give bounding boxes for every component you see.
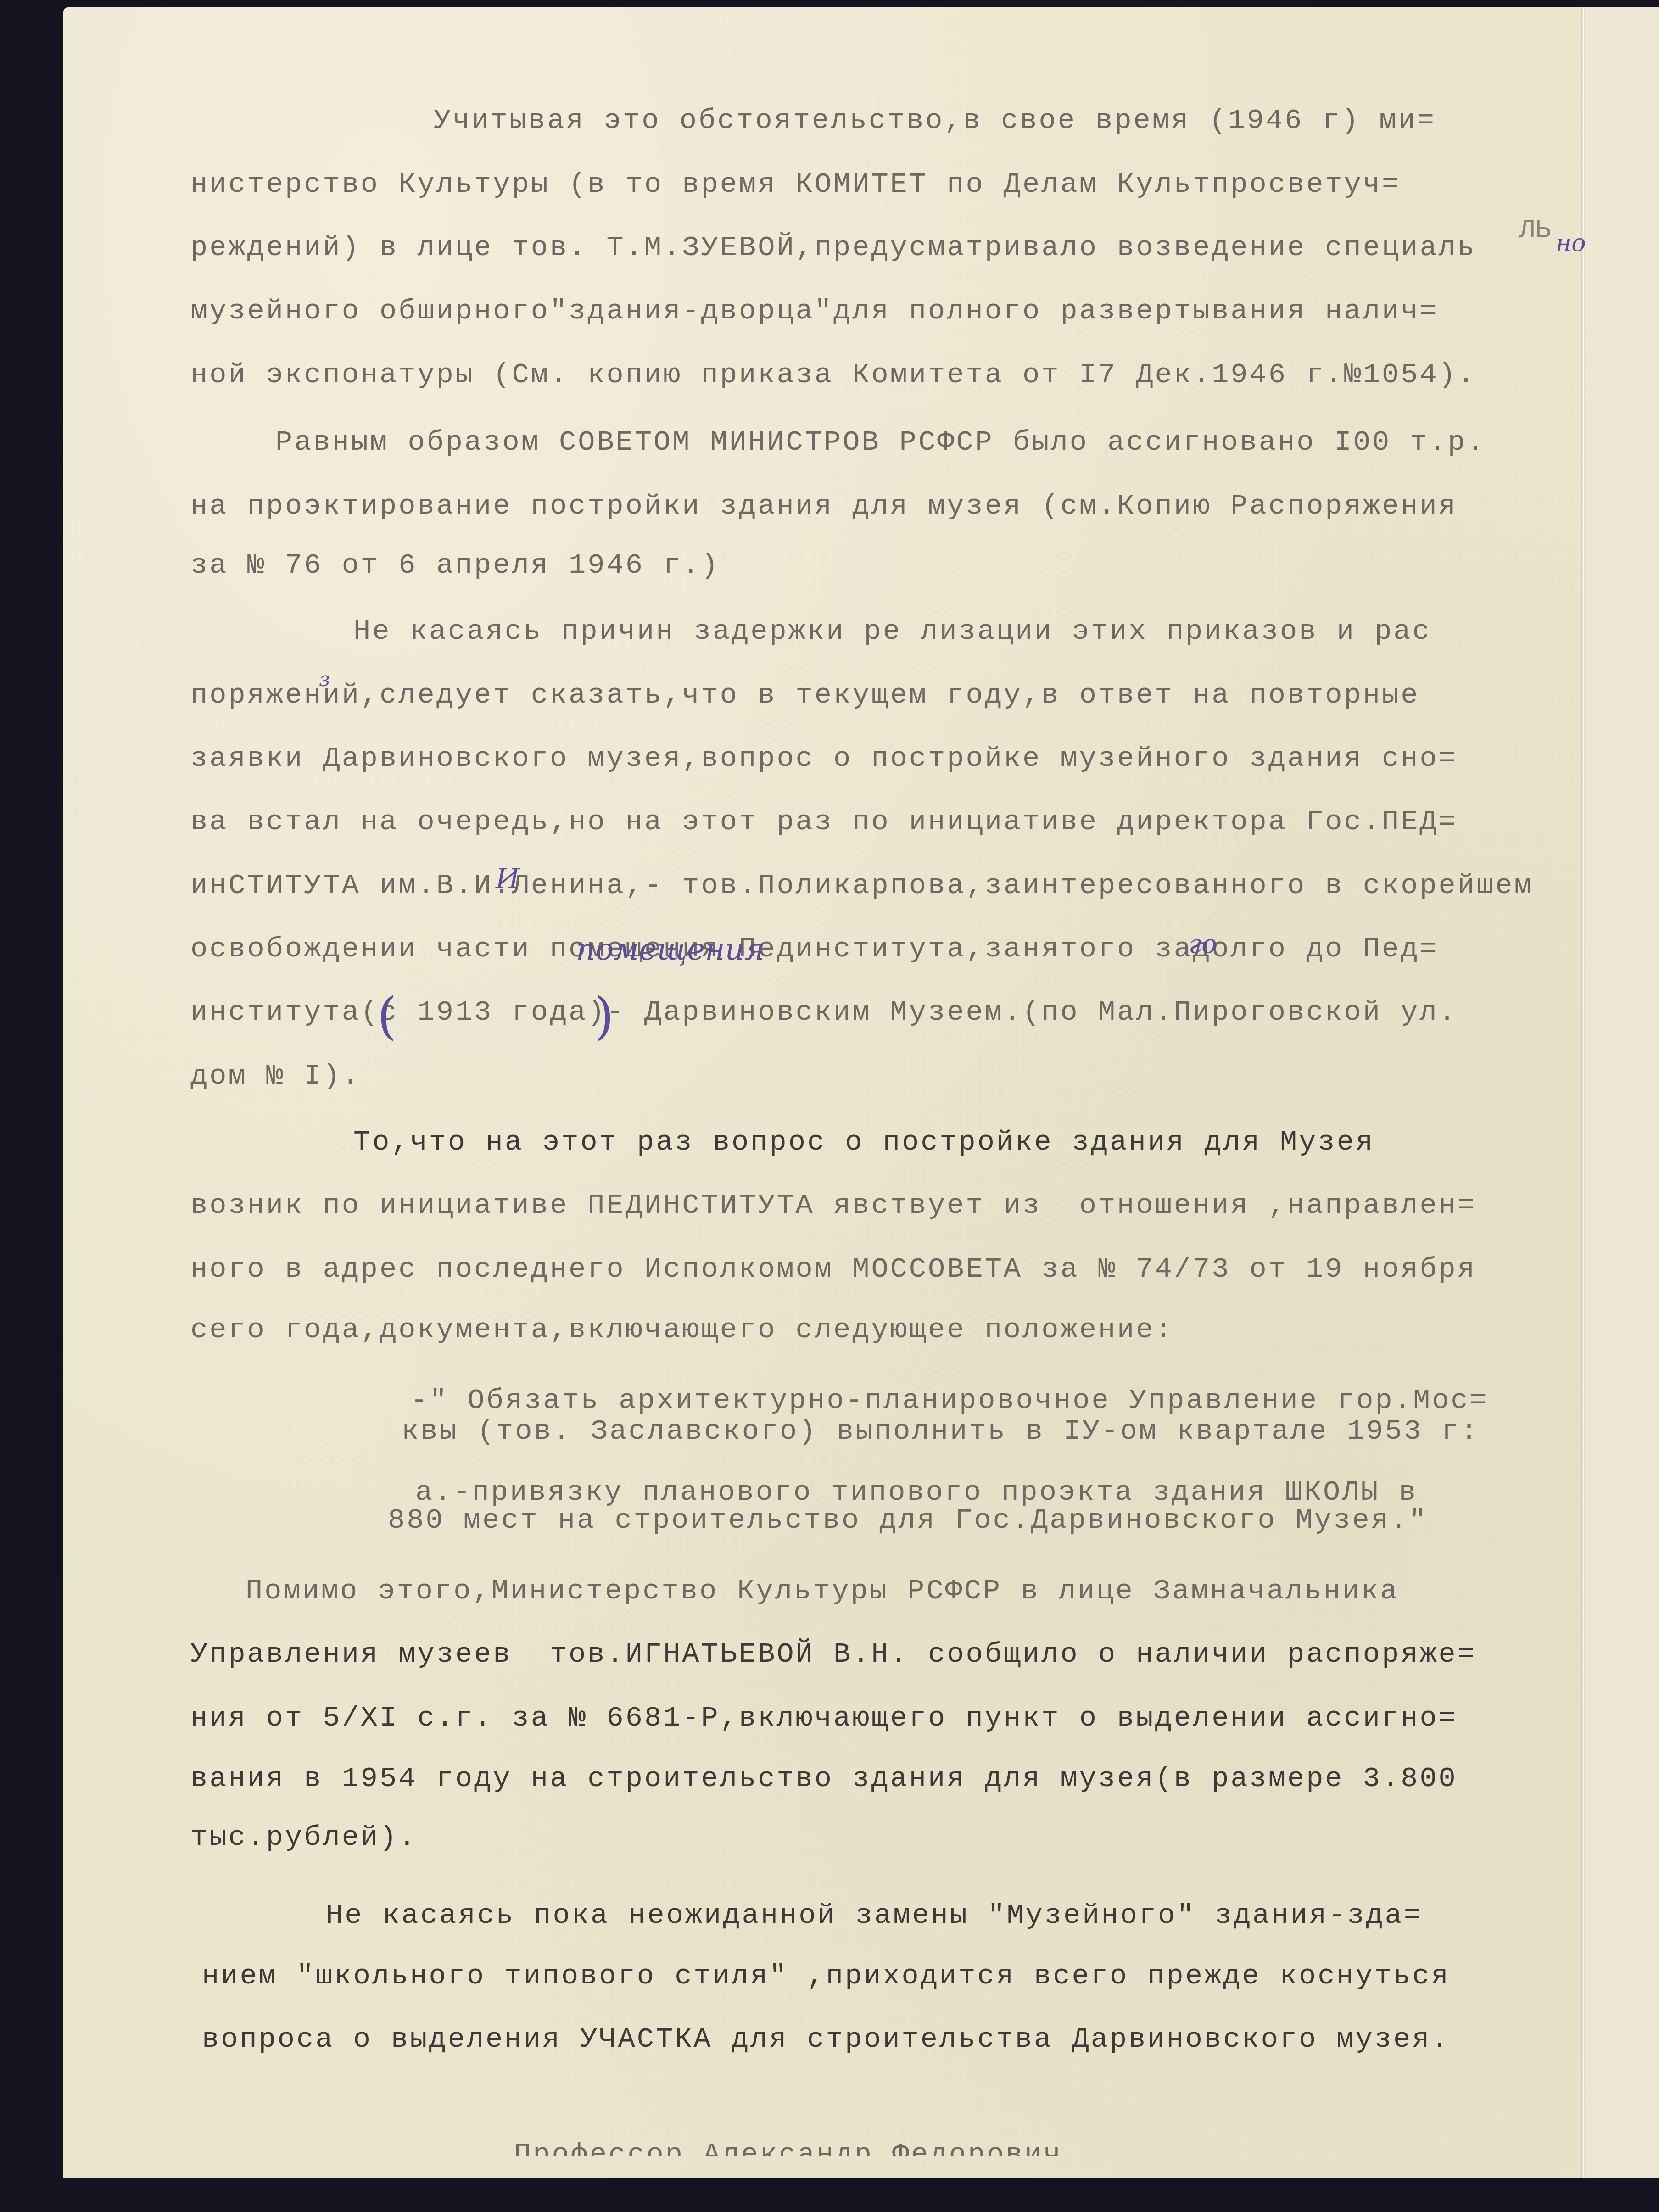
text-line: музейного обширного"здания-дворца"для по… xyxy=(190,295,1439,327)
quote-line: квы (тов. Заславского) выполнить в IУ-ом… xyxy=(402,1415,1480,1447)
text-line: дом № I). xyxy=(190,1060,361,1092)
text-line: поряжений,следует сказать,что в текущем … xyxy=(190,679,1419,711)
text-line: Не касаясь причин задержки ре лизации эт… xyxy=(353,615,1431,648)
text-line: вания в 1954 году на строительство здани… xyxy=(190,1763,1458,1795)
text-line: То,что на этот раз вопрос о постройке зд… xyxy=(353,1126,1374,1158)
text-line: Помимо этого,Министерство Культуры РСФСР… xyxy=(246,1575,1399,1607)
quote-line: 880 мест на строительство для Гос.Дарвин… xyxy=(388,1504,1428,1536)
handwritten-correction: но xyxy=(1556,229,1586,257)
text-line: освобождении части помещения Пединститут… xyxy=(190,933,1439,965)
handwritten-correction: И xyxy=(496,863,519,895)
text-line: инСТИТУТА им.В.И.Ленина,- тов.Поликарпов… xyxy=(190,870,1533,902)
text-line: возник по инициативе ПЕДИНСТИТУТА явству… xyxy=(190,1190,1476,1222)
page-fold-line xyxy=(1581,7,1585,2178)
text-line: на проэктирование постройки здания для м… xyxy=(190,490,1458,522)
handwritten-bracket: ( xyxy=(377,987,397,1045)
text-line: Не касаясь пока неожиданной замены "Музе… xyxy=(326,1899,1423,1932)
text-line: ного в адрес последнего Исполкомом МОССО… xyxy=(190,1253,1476,1285)
text-line: реждений) в лице тов. Т.М.ЗУЕВОЙ,предусм… xyxy=(190,232,1476,264)
margin-fragment: ЛЬ xyxy=(1519,216,1551,246)
adjacent-page-strip xyxy=(1585,7,1659,2178)
quote-line: -" Обязать архитектурно-планировочное Уп… xyxy=(411,1385,1489,1417)
text-line: тыс.рублей). xyxy=(190,1821,417,1854)
text-line: вопроса о выделения УЧАСТКА для строител… xyxy=(202,2023,1450,2056)
text-line: ва встал на очередь,но на этот раз по ин… xyxy=(190,806,1458,838)
text-line: ной экспонатуры (См. копию приказа Комит… xyxy=(190,359,1476,391)
handwritten-correction: з xyxy=(319,668,330,691)
handwritten-correction: помещения xyxy=(576,932,765,967)
text-line: нистерство Культуры (в то время КОМИТЕТ … xyxy=(190,168,1401,201)
text-line: нием "школьного типового стиля" ,приходи… xyxy=(202,1960,1450,1992)
handwritten-bracket: ) xyxy=(594,987,614,1045)
text-line: сего года,документа,включающего следующе… xyxy=(190,1314,1174,1346)
text-line: Управления музеев тов.ИГНАТЬЕВОЙ В.Н. со… xyxy=(190,1638,1476,1670)
text-line: ния от 5/XI с.г. за № 6681-Р,включающего… xyxy=(190,1702,1458,1734)
handwritten-correction: го xyxy=(1189,929,1217,959)
text-line: заявки Дарвиновского музея,вопрос о пост… xyxy=(190,743,1458,775)
text-line: за № 76 от 6 апреля 1946 г.) xyxy=(190,549,720,581)
text-line: Учитывая это обстоятельство,в свое время… xyxy=(434,105,1436,137)
text-line: Равным образом СОВЕТОМ МИНИСТРОВ РСФСР б… xyxy=(275,426,1486,458)
